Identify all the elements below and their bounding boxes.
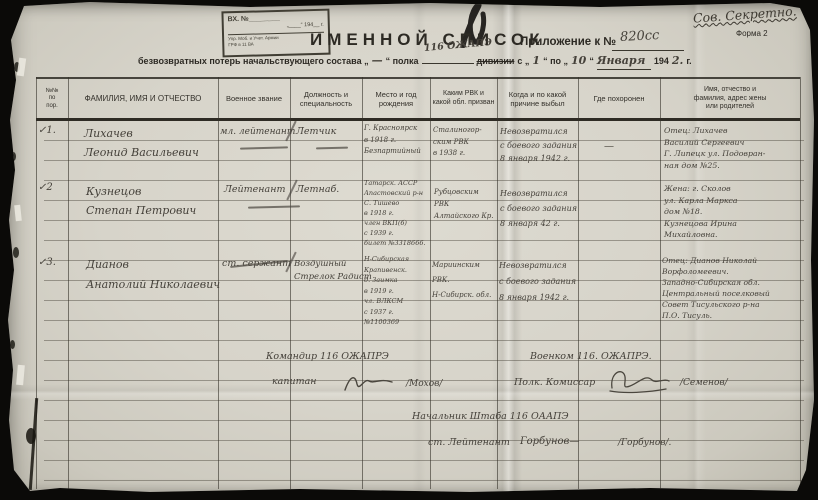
column-divider bbox=[430, 77, 431, 489]
subtitle-s: с „ bbox=[517, 56, 529, 66]
subtitle-polka: “ полка bbox=[386, 56, 419, 66]
commissar-signature-stroke bbox=[606, 366, 672, 394]
subtitle-g: г. bbox=[686, 56, 691, 66]
column-header-num: №№ по пор. bbox=[36, 80, 68, 118]
punch-hole bbox=[11, 152, 16, 161]
punch-hole bbox=[10, 340, 15, 349]
subtitle-po: “ по „ bbox=[543, 56, 568, 66]
column-header-family: Имя, отчество и фамилия, адрес жены или … bbox=[660, 80, 800, 118]
table-border-right bbox=[800, 77, 801, 489]
column-header-reason: Когда и по какой причине выбыл bbox=[497, 80, 578, 118]
subtitle-dash: — bbox=[372, 54, 383, 69]
column-divider bbox=[660, 77, 661, 489]
commander-signature-stroke bbox=[342, 372, 396, 394]
row2-name: Кузнецов Степан Петрович bbox=[86, 182, 196, 220]
torn-edge-highlight bbox=[17, 58, 26, 77]
row3-birth: Н-Сибирская Крапивенск. д. Заимка в 1919… bbox=[364, 254, 409, 328]
row1-reason: Невозвратился с боевого задания 8 января… bbox=[500, 125, 577, 166]
chief-signature: Горбунов— bbox=[520, 435, 579, 449]
commissar-line: Военком 116. ОЖАПРЭ. bbox=[530, 351, 652, 364]
column-header-burial: Где похоронен bbox=[578, 80, 660, 118]
row3-name: Дианов Анатолий Николаевич bbox=[86, 255, 220, 295]
subtitle-q: “ bbox=[589, 56, 594, 66]
column-divider bbox=[578, 77, 579, 489]
subtitle-division: дивизии bbox=[477, 56, 515, 66]
chief-line: Начальник Штаба 116 ОААПЭ bbox=[412, 411, 569, 424]
column-header-rank: Военное звание bbox=[218, 80, 290, 118]
row1-rank: мл. лейтенант bbox=[220, 126, 295, 138]
date-from: 1 bbox=[532, 54, 540, 69]
column-header-name: ФАМИЛИЯ, ИМЯ И ОТЧЕСТВО bbox=[68, 80, 218, 118]
torn-edge-highlight bbox=[14, 205, 22, 222]
row3-num: ✓3. bbox=[38, 256, 56, 270]
paper-sheet: ВХ. №________ „____“ 194__ г. Упр. Моб. … bbox=[0, 0, 818, 500]
chief-rank: ст. Лейтенант bbox=[428, 437, 510, 450]
year-handwritten: 2. bbox=[672, 54, 683, 69]
row2-rank: Лейтенант bbox=[224, 184, 286, 197]
commander-name: /Мохов/ bbox=[406, 378, 442, 390]
row1-family: Отец: Лихачев Василий Сергеевич Г. Липец… bbox=[664, 125, 765, 171]
torn-edge-highlight bbox=[16, 365, 25, 386]
row1-burial: — bbox=[604, 140, 614, 154]
subtitle-prefix: безвозвратных потерь начальствующего сос… bbox=[138, 56, 369, 66]
column-divider bbox=[68, 77, 69, 489]
appendix-number-blank: 820сс bbox=[612, 28, 684, 51]
row1-rvk: Сталиногор- ским РВК в 1938 г. bbox=[433, 125, 482, 160]
commissar-rank: Полк. Комиссар bbox=[514, 377, 595, 390]
commissar-name: /Семенов/ bbox=[680, 377, 728, 389]
appendix-number: 820сс bbox=[620, 27, 660, 47]
row3-rvk: Мариинским РВК. Н-Сибирск. обл. bbox=[432, 258, 491, 303]
subtitle-line: безвозвратных потерь начальствующего сос… bbox=[138, 53, 692, 70]
row2-position: Летнаб. bbox=[296, 184, 339, 197]
date-to: 10 bbox=[571, 54, 586, 69]
row3-position: Воздушный Стрелок Радист bbox=[294, 258, 372, 284]
row2-family: Жена: г. Сколов ул. Карла Маркса дом №18… bbox=[664, 183, 738, 241]
chief-name: /Горбунов/. bbox=[618, 437, 671, 449]
row3-reason: Невозвратился с боевого задания 8 января… bbox=[499, 258, 576, 306]
commander-line: Командир 116 ОЖАПРЭ bbox=[266, 351, 389, 364]
column-divider bbox=[290, 77, 291, 489]
column-divider bbox=[497, 77, 498, 489]
month-handwritten: Января bbox=[597, 54, 651, 70]
unit-blank: 116 ОЖАПЭ bbox=[422, 53, 474, 64]
column-header-birth: Место и год рождения bbox=[362, 80, 430, 118]
year-printed: 194 bbox=[654, 56, 669, 66]
row2-reason: Невозвратился с боевого задания 8 января… bbox=[500, 186, 577, 231]
row1-name: Лихачев Леонид Васильевич bbox=[84, 124, 199, 162]
appendix-label: Приложение к № bbox=[520, 36, 616, 48]
form-label: Форма 2 bbox=[736, 29, 768, 38]
tear-crack-blob bbox=[26, 428, 36, 444]
row3-family: Отец: Дианов Николай Ворфоломеевич. Запа… bbox=[662, 255, 770, 321]
row2-birth: Татарск. АССР Апастовский р-н С. Тишево … bbox=[364, 178, 426, 248]
punch-hole bbox=[13, 247, 19, 258]
row1-birth: Г. Красноярск в 1918 г. Безпартийный bbox=[364, 123, 421, 158]
column-header-rvk: Каким РВК и какой обл. призван bbox=[430, 80, 497, 118]
table-top-border bbox=[36, 77, 800, 79]
column-header-position: Должность и специальность bbox=[290, 80, 362, 118]
classification-note: Сов. Секретно. bbox=[693, 3, 798, 27]
row2-num: ✓2 bbox=[38, 181, 53, 195]
row1-num: ✓1. bbox=[38, 124, 56, 138]
commander-rank: капитан bbox=[272, 376, 317, 389]
scanned-document-page: ВХ. №________ „____“ 194__ г. Упр. Моб. … bbox=[0, 0, 818, 500]
row1-position: Летчик bbox=[296, 126, 336, 139]
row2-rvk: Рубцовским РВК Алтайского Кр. bbox=[434, 186, 494, 222]
